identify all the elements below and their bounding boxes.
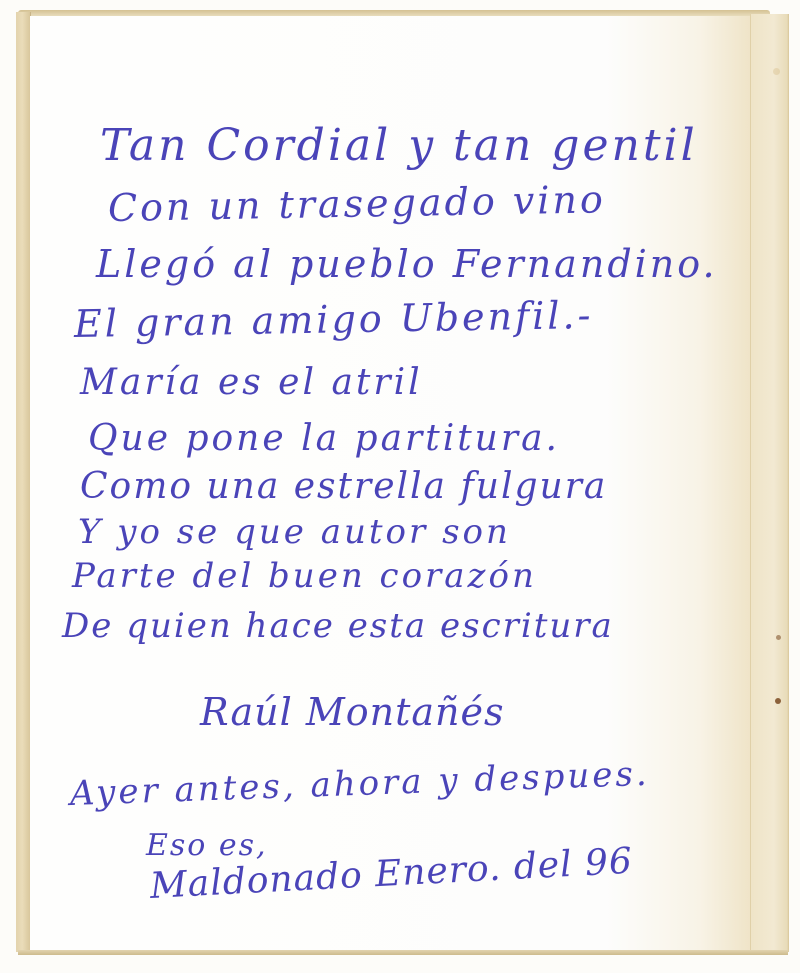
poem-line: Tan Cordial y tan gentil xyxy=(100,120,698,171)
notebook-back-cover xyxy=(750,14,789,952)
notebook-binding xyxy=(16,12,31,952)
poem-line: Llegó al pueblo Fernandino. xyxy=(96,242,718,286)
poem-line: De quien hace esta escritura xyxy=(62,606,614,646)
poem-line: Que pone la partitura. xyxy=(88,418,560,459)
closing-line: Eso es, xyxy=(146,828,268,863)
poem-line: Parte del buen corazón xyxy=(72,556,537,596)
author-signature: Raúl Montañés xyxy=(200,690,505,734)
ink-stain xyxy=(775,698,781,704)
poem-line: María es el atril xyxy=(80,362,423,403)
ink-stain xyxy=(776,635,781,640)
poem-line: Y yo se que autor son xyxy=(78,512,511,552)
poem-line: Como una estrella fulgura xyxy=(80,466,607,507)
paper-stain xyxy=(773,68,780,75)
poem-line: Con un trasegado vino xyxy=(108,177,607,230)
scanned-page: Tan Cordial y tan gentil Con un trasegad… xyxy=(0,0,800,973)
poem-line: El gran amigo Ubenfil.- xyxy=(74,293,594,346)
notebook-bottom-edge xyxy=(18,950,788,955)
